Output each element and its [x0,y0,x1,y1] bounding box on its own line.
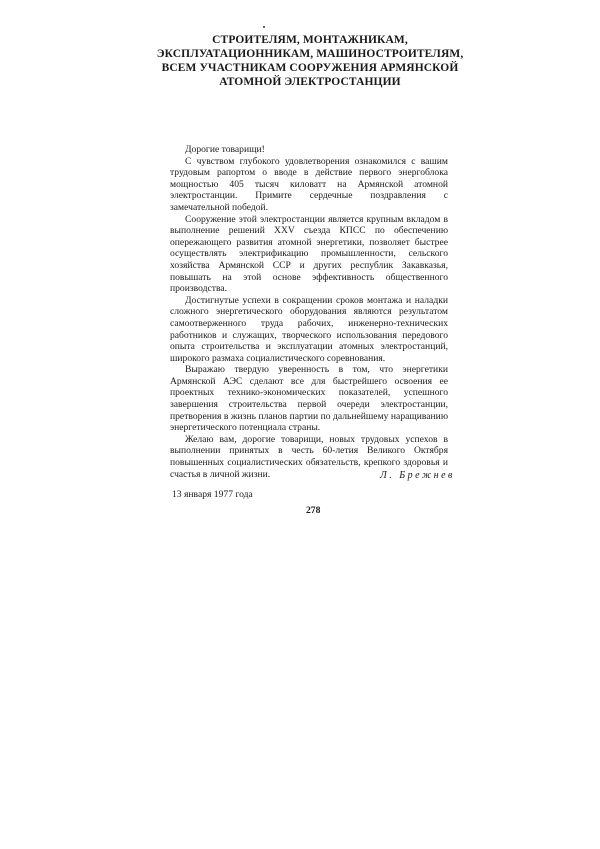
document-title: СТРОИТЕЛЯМ, МОНТАЖНИКАМ, ЭКСПЛУАТАЦИОННИ… [150,33,470,89]
date: 13 января 1977 года [172,489,253,500]
paragraph: С чувством глубокого удовлетворения озна… [170,156,448,214]
paragraph: Сооружение этой электростанции является … [170,214,448,295]
letter-body: Дорогие товарищи! С чувством глубокого у… [170,144,448,480]
title-line: ЭКСПЛУАТАЦИОННИКАМ, МАШИНОСТРОИТЕЛЯМ, [150,47,470,61]
paragraph: Выражаю твердую уверенность в том, что э… [170,364,448,434]
title-line: ВСЕМ УЧАСТНИКАМ СООРУЖЕНИЯ АРМЯНСКОЙ [150,61,470,75]
greeting: Дорогие товарищи! [170,144,448,156]
print-speck [263,26,265,28]
title-line: СТРОИТЕЛЯМ, МОНТАЖНИКАМ, [150,33,470,47]
paragraph: Достигнутые успехи в сокращении сроков м… [170,295,448,365]
page-number: 278 [306,505,320,516]
signature: Л. Брежнев [380,470,455,481]
title-line: АТОМНОЙ ЭЛЕКТРОСТАНЦИИ [150,75,470,89]
